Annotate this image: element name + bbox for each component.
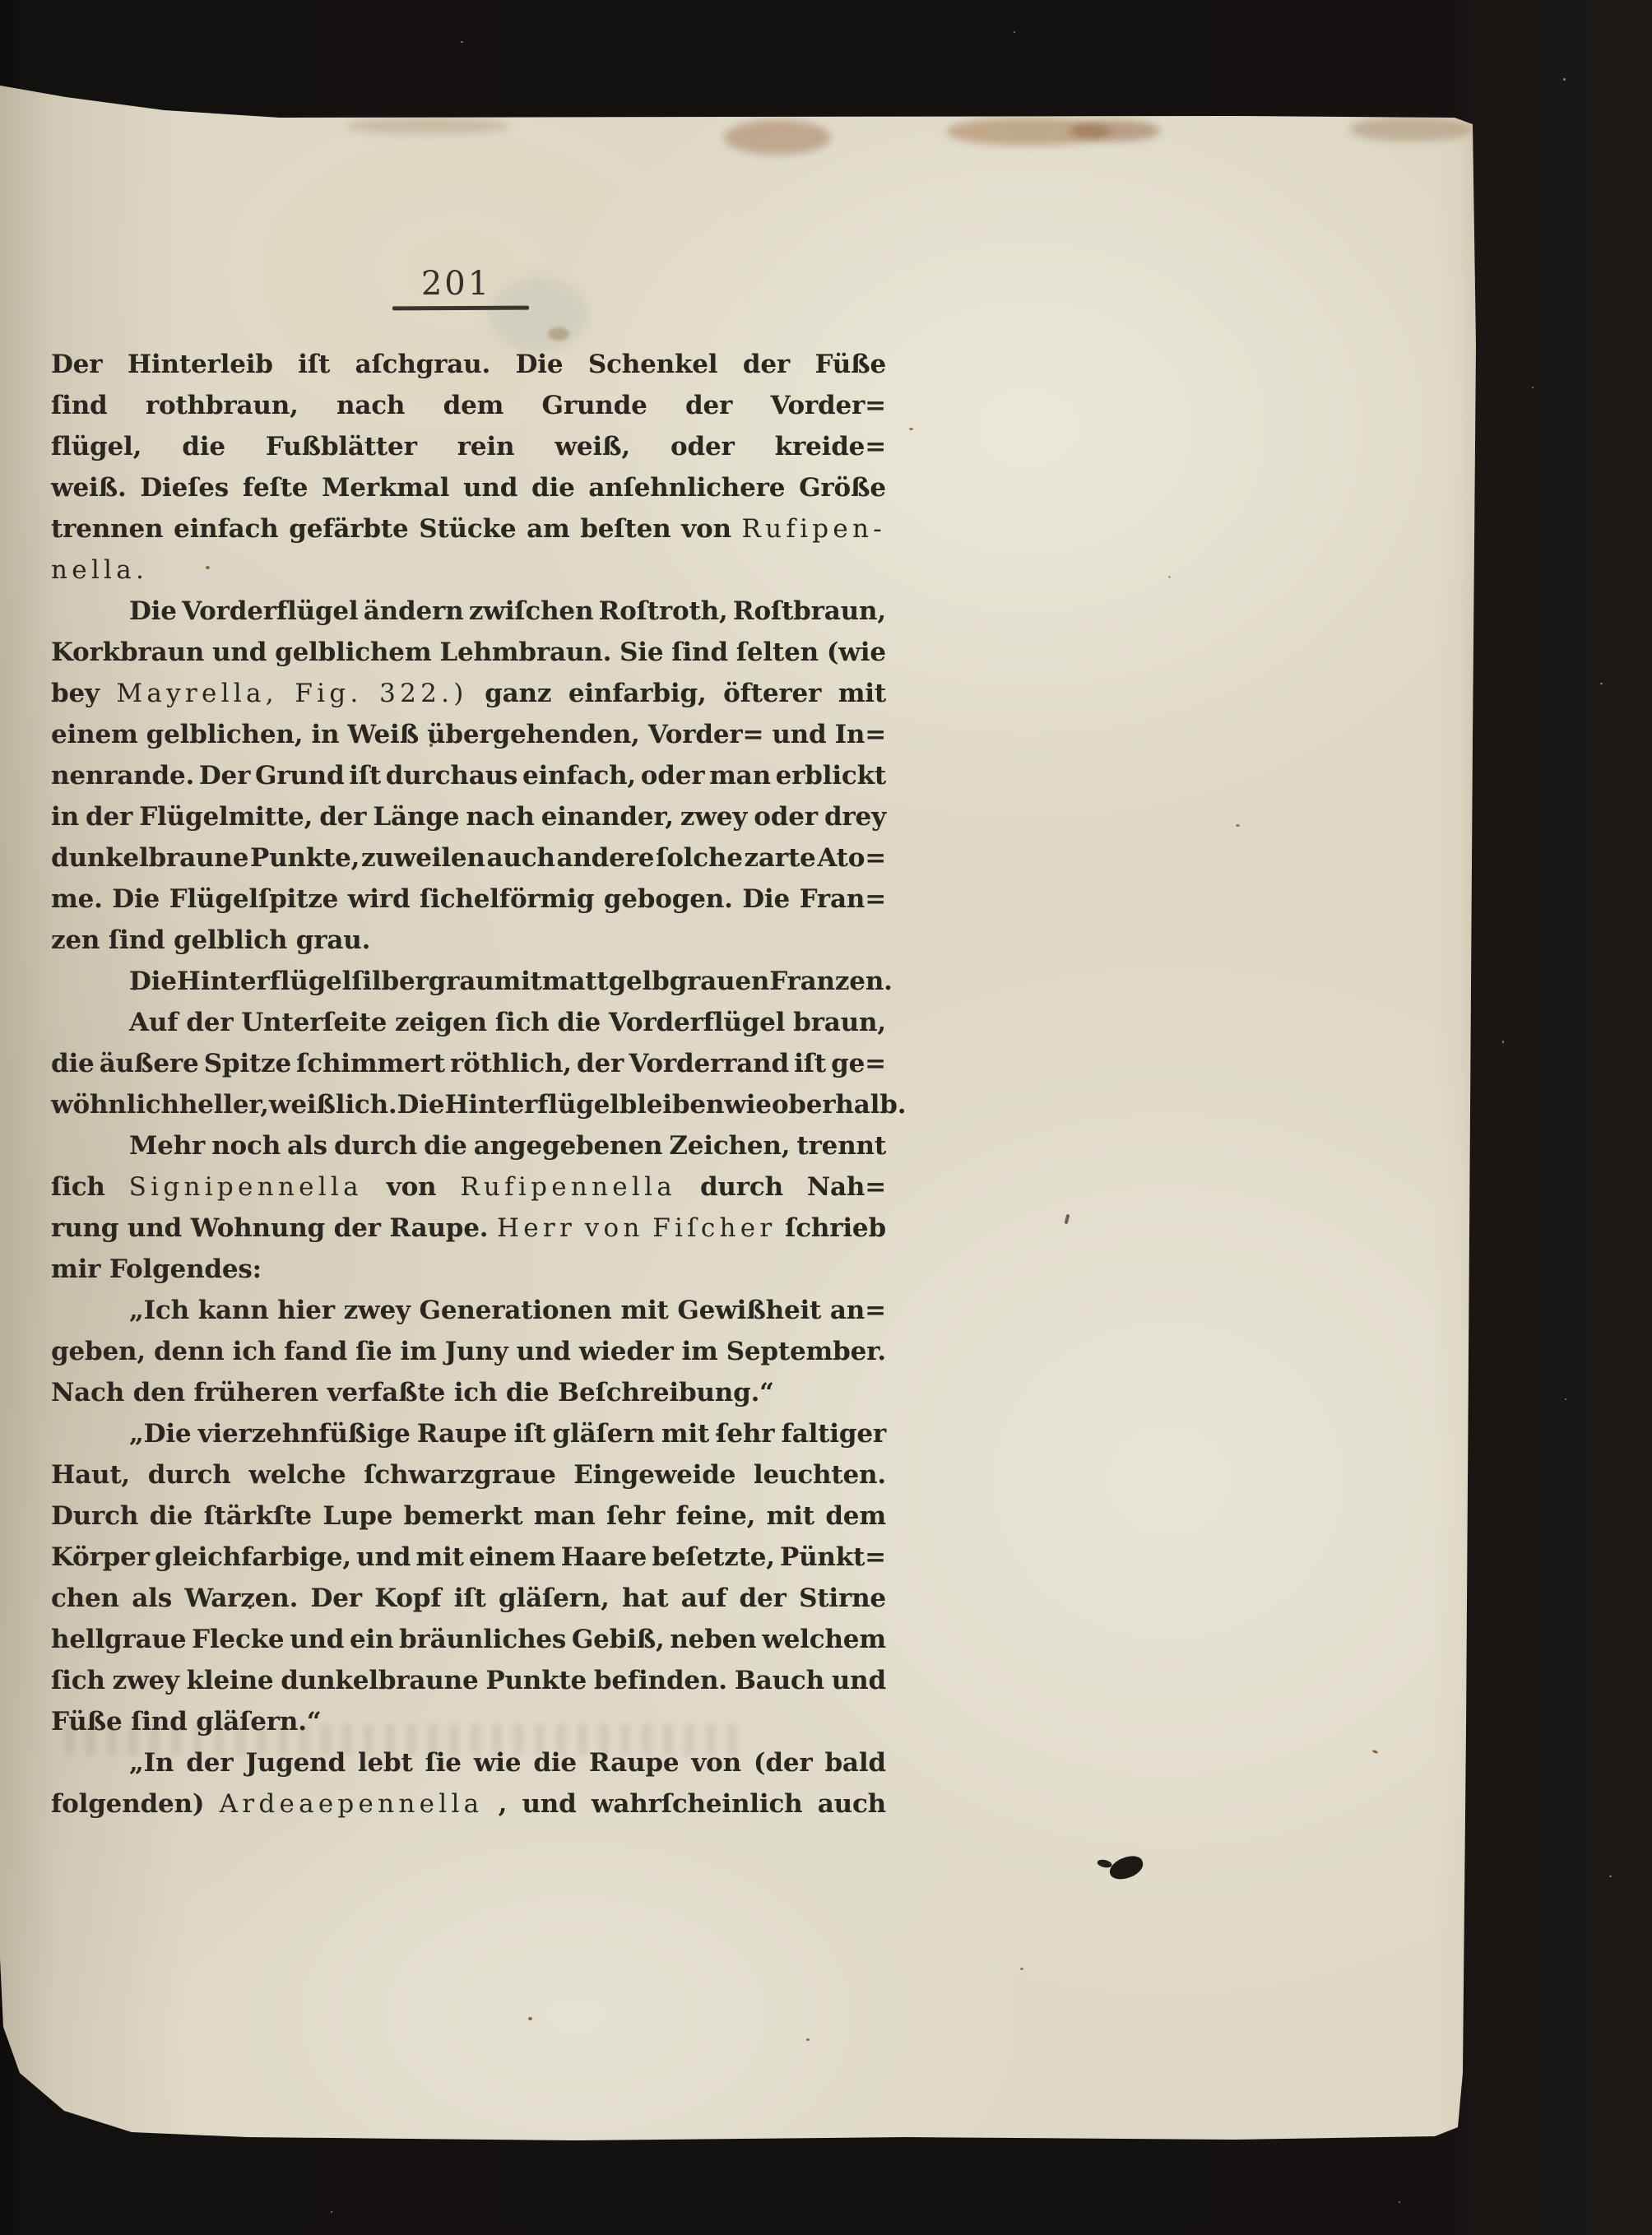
fraktur-word: Durch bbox=[51, 1495, 138, 1537]
fraktur-word: Wohnung bbox=[191, 1208, 325, 1249]
fraktur-word: Fran= bbox=[800, 879, 886, 920]
text-line: Nach den früheren verfaßte ich die Beſch… bbox=[51, 1372, 886, 1413]
text-line: geben,dennichfandſieimJunyundwiederimSep… bbox=[51, 1331, 886, 1372]
fraktur-word: Unterſeite bbox=[241, 1002, 387, 1043]
fraktur-word: Größe bbox=[799, 467, 886, 508]
fraktur-word: die bbox=[51, 1043, 95, 1084]
fraktur-word: ſie bbox=[425, 1742, 462, 1783]
fraktur-text: Nach den früheren verfaßte ich die Beſch… bbox=[51, 1378, 774, 1407]
paper-speck bbox=[528, 2017, 532, 2020]
fraktur-word: (wie bbox=[827, 632, 886, 673]
fraktur-word: iſt bbox=[794, 1043, 826, 1084]
fraktur-word: Länge bbox=[373, 796, 459, 837]
fraktur-word: lebt bbox=[358, 1742, 413, 1783]
fraktur-word: bemerkt bbox=[404, 1495, 523, 1537]
fraktur-word: flügel, bbox=[51, 426, 142, 467]
fraktur-word: Warzen. bbox=[184, 1578, 298, 1619]
fraktur-word: auch bbox=[818, 1783, 886, 1825]
fraktur-word: einfach, bbox=[522, 755, 636, 796]
fraktur-word: kann bbox=[198, 1290, 269, 1331]
text-line: inderFlügelmitte,derLängenacheinander,zw… bbox=[51, 796, 886, 837]
fraktur-word: auf bbox=[681, 1578, 726, 1619]
burn-stain bbox=[346, 118, 510, 134]
text-line: KorkbraunundgelblichemLehmbraun.Sieſindſ… bbox=[51, 632, 886, 673]
fraktur-word: nenrande. bbox=[51, 755, 194, 796]
fraktur-word: noch bbox=[211, 1125, 281, 1166]
fraktur-word: die bbox=[150, 1495, 193, 1537]
dust-speck bbox=[1399, 2201, 1400, 2203]
fraktur-word: die bbox=[531, 467, 575, 508]
fraktur-word: Auf bbox=[129, 1002, 178, 1043]
fraktur-word: gelbgrauen bbox=[609, 961, 770, 1002]
paper-speck bbox=[1168, 576, 1171, 578]
fraktur-word: ſie bbox=[355, 1331, 392, 1372]
fraktur-word: Die bbox=[397, 1084, 445, 1125]
fraktur-word: gleichfarbige, bbox=[155, 1537, 351, 1578]
fraktur-word: neben bbox=[670, 1619, 756, 1660]
text-line: ſindrothbraun,nachdemGrundederVorder= bbox=[51, 385, 886, 426]
fraktur-word: Vorder= bbox=[770, 385, 886, 426]
fraktur-word: dem bbox=[443, 385, 504, 426]
text-line: me.DieFlügelſpitzewirdſichelförmiggeboge… bbox=[51, 879, 886, 920]
fraktur-word: zwey bbox=[344, 1290, 411, 1331]
fraktur-word: gebogen. bbox=[604, 879, 733, 920]
fraktur-word: Flecke bbox=[192, 1619, 284, 1660]
text-line: MehrnochalsdurchdieangegebenenZeichen,tr… bbox=[51, 1125, 886, 1166]
fraktur-word: öfterer bbox=[723, 673, 821, 714]
text-block: DerHinterleibiſtaſchgrau.DieSchenkelderF… bbox=[51, 344, 886, 1825]
fraktur-word: Roſtbraun, bbox=[733, 591, 886, 632]
fraktur-word: die bbox=[424, 1125, 467, 1166]
fraktur-word: ſich bbox=[495, 1002, 550, 1043]
text-line: trenneneinfachgefärbteStückeambeſtenvonR… bbox=[51, 508, 886, 549]
paper-speck bbox=[1020, 1968, 1023, 1970]
fraktur-word: Sie bbox=[619, 632, 663, 673]
text-line: AufderUnterſeitezeigenſichdieVorderflüge… bbox=[51, 1002, 886, 1043]
fraktur-word: ſchwarzgraue bbox=[364, 1454, 555, 1495]
fraktur-word: geben, bbox=[51, 1331, 146, 1372]
fraktur-word: gläſern, bbox=[499, 1578, 610, 1619]
text-line: ſichSignipennellavonRufipennelladurchNah… bbox=[51, 1166, 886, 1208]
fraktur-word: gelblichen, bbox=[146, 714, 304, 755]
fraktur-word: Bauch bbox=[735, 1660, 824, 1701]
fraktur-word: chen bbox=[51, 1578, 119, 1619]
fraktur-word: fand bbox=[284, 1331, 347, 1372]
fraktur-word: Grund bbox=[255, 755, 345, 796]
fraktur-word: wird bbox=[348, 879, 411, 920]
paper-speck bbox=[909, 428, 913, 430]
fraktur-word: anſehnlichere bbox=[588, 467, 785, 508]
fraktur-word: Flügelmitte, bbox=[139, 796, 313, 837]
text-line: „IchkannhierzweyGenerationenmitGewißheit… bbox=[51, 1290, 886, 1331]
fraktur-word: äußere bbox=[100, 1043, 199, 1084]
fraktur-word: Hinterleib bbox=[128, 344, 273, 385]
fraktur-word: oder bbox=[671, 426, 735, 467]
text-line: mir Folgendes: bbox=[51, 1249, 886, 1290]
fraktur-word: erblickt bbox=[776, 755, 886, 796]
fraktur-text: mir Folgendes: bbox=[51, 1254, 262, 1284]
fraktur-word: ge= bbox=[831, 1043, 886, 1084]
fraktur-word: (der bbox=[754, 1742, 813, 1783]
fraktur-word: und bbox=[463, 467, 517, 508]
fraktur-word: man bbox=[534, 1495, 596, 1537]
fraktur-word: ein bbox=[350, 1619, 393, 1660]
fraktur-word: vierzehnfüßige bbox=[198, 1413, 411, 1454]
antiqua-word: von bbox=[585, 1208, 644, 1249]
fraktur-word: Punkte bbox=[485, 1660, 587, 1701]
fraktur-word: zeigen bbox=[395, 1002, 487, 1043]
fraktur-word: Die bbox=[516, 344, 564, 385]
fraktur-word: welchem bbox=[762, 1619, 886, 1660]
fraktur-word: und bbox=[290, 1619, 344, 1660]
fraktur-word: rothbraun, bbox=[146, 385, 299, 426]
fraktur-word: wie bbox=[724, 1084, 772, 1125]
text-line: dieäußereSpitzeſchimmertröthlich,derVord… bbox=[51, 1043, 886, 1084]
fraktur-word: weiß. bbox=[51, 467, 127, 508]
fraktur-word: Lehmbraun. bbox=[439, 632, 611, 673]
fraktur-word: und bbox=[356, 1537, 411, 1578]
fraktur-word: auch bbox=[486, 837, 555, 879]
paper-speck bbox=[1372, 1750, 1379, 1754]
fraktur-word: mit bbox=[620, 1290, 668, 1331]
fraktur-word: nach bbox=[466, 796, 534, 837]
fraktur-word: Raupe bbox=[589, 1742, 680, 1783]
fraktur-word: nach bbox=[336, 385, 405, 426]
fraktur-word: Füße bbox=[814, 344, 885, 385]
fraktur-word: mit bbox=[494, 961, 541, 1002]
fraktur-word: Eingeweide bbox=[573, 1454, 736, 1495]
text-line: DurchdieſtärkſteLupebemerktmanſehrfeine,… bbox=[51, 1495, 886, 1537]
fraktur-word: beſetzte, bbox=[652, 1537, 774, 1578]
fraktur-word: und bbox=[832, 1660, 886, 1701]
fraktur-text: Füße ſind gläſern.“ bbox=[51, 1707, 321, 1737]
fraktur-word: die bbox=[182, 426, 225, 467]
text-line: „DievierzehnfüßigeRaupeiſtgläſernmitſehr… bbox=[51, 1413, 886, 1454]
fraktur-word: „Ich bbox=[129, 1290, 189, 1331]
fraktur-word: als bbox=[132, 1578, 172, 1619]
fraktur-word: die bbox=[557, 1002, 601, 1043]
fraktur-word: me. bbox=[51, 879, 103, 920]
fraktur-word: Ato= bbox=[817, 837, 886, 879]
text-line: „InderJugendlebtſiewiedieRaupevon(derbal… bbox=[51, 1742, 886, 1783]
page-number-underline bbox=[392, 306, 529, 311]
fraktur-word: ſind bbox=[51, 385, 108, 426]
fraktur-word: der bbox=[743, 344, 790, 385]
fraktur-word: einander, bbox=[541, 796, 674, 837]
fraktur-word: wie bbox=[474, 1742, 522, 1783]
fraktur-word: zuweilen bbox=[361, 837, 485, 879]
fraktur-word: weiß, bbox=[555, 426, 630, 467]
dust-speck bbox=[461, 41, 463, 43]
fraktur-word: ſichelförmig bbox=[420, 879, 594, 920]
fraktur-word: ſchimmert bbox=[296, 1043, 445, 1084]
paper-speck bbox=[1236, 824, 1240, 827]
fraktur-word: Fußblätter bbox=[266, 426, 417, 467]
fraktur-word: ändern bbox=[364, 591, 464, 632]
fraktur-word: Die bbox=[742, 879, 790, 920]
fraktur-word: Korkbraun bbox=[51, 632, 204, 673]
text-line: DieVorderflügeländernzwiſchenRoſtroth,Ro… bbox=[51, 591, 886, 632]
fraktur-word: von bbox=[387, 1166, 437, 1208]
fraktur-word: Hinterflügel bbox=[444, 1084, 619, 1125]
fraktur-word: befinden. bbox=[594, 1660, 727, 1701]
fraktur-word: ſchrieb bbox=[785, 1208, 886, 1249]
fraktur-word: trennen bbox=[51, 508, 163, 549]
fraktur-word: zwey bbox=[113, 1660, 179, 1701]
ink-blot-mark bbox=[1107, 1853, 1145, 1883]
fraktur-word: Weiß bbox=[347, 714, 419, 755]
fraktur-word: denn bbox=[154, 1331, 225, 1372]
fraktur-word: September. bbox=[726, 1331, 886, 1372]
page-number: 201 bbox=[51, 265, 861, 303]
fraktur-word: Schenkel bbox=[588, 344, 717, 385]
fraktur-word: matt bbox=[542, 961, 609, 1002]
fraktur-word: folgenden) bbox=[51, 1783, 204, 1825]
fraktur-word: Pünkt= bbox=[780, 1537, 886, 1578]
antiqua-word: Rufipen- bbox=[742, 508, 886, 549]
fraktur-word: Der bbox=[311, 1578, 362, 1619]
fraktur-word: Stirne bbox=[799, 1578, 886, 1619]
text-line: hellgraueFleckeundeinbräunlichesGebiß,ne… bbox=[51, 1619, 886, 1660]
text-line: nenrande.DerGrundiſtdurchauseinfach,oder… bbox=[51, 755, 886, 796]
fraktur-word: ſich bbox=[51, 1660, 105, 1701]
fraktur-word: feſte bbox=[243, 467, 308, 508]
fraktur-word: kleine bbox=[187, 1660, 274, 1701]
fraktur-word: Der bbox=[199, 755, 250, 796]
antiqua-text: nella. bbox=[51, 555, 148, 585]
burn-stain bbox=[1349, 117, 1473, 141]
fraktur-word: Punkte, bbox=[250, 837, 360, 879]
fraktur-word: übergehenden, bbox=[427, 714, 640, 755]
fraktur-word: ſehr bbox=[716, 1413, 774, 1454]
text-line: nella. bbox=[51, 549, 886, 591]
fraktur-word: wieder bbox=[579, 1331, 674, 1372]
text-line: Füße ſind gläſern.“ bbox=[51, 1701, 886, 1742]
dust-speck bbox=[1014, 31, 1015, 33]
fraktur-word: feine, bbox=[676, 1495, 756, 1537]
fraktur-word: , bbox=[499, 1783, 508, 1825]
fraktur-word: iſt bbox=[298, 344, 330, 385]
text-line: zen ſind gelblich grau. bbox=[51, 920, 886, 961]
fraktur-word: und bbox=[772, 714, 826, 755]
dust-speck bbox=[1609, 1876, 1612, 1877]
fraktur-word: trennt bbox=[796, 1125, 886, 1166]
stray-ink-mark bbox=[1065, 1214, 1070, 1225]
fraktur-word: Raupe bbox=[417, 1413, 508, 1454]
fraktur-word: der bbox=[685, 385, 732, 426]
fraktur-word: gelblichem bbox=[275, 632, 431, 673]
fraktur-word: Nah= bbox=[807, 1166, 886, 1208]
fraktur-word: durch bbox=[700, 1166, 783, 1208]
fraktur-word: Haare bbox=[561, 1537, 647, 1578]
fraktur-word: Spitze bbox=[204, 1043, 291, 1084]
fraktur-text: zen ſind gelblich grau. bbox=[51, 925, 370, 955]
antiqua-word: 322.) bbox=[379, 673, 467, 714]
antiqua-word: Mayrella, bbox=[116, 673, 278, 714]
fraktur-word: durchaus bbox=[386, 755, 517, 796]
fraktur-word: aſchgrau. bbox=[355, 344, 490, 385]
fraktur-word: „In bbox=[129, 1742, 174, 1783]
fraktur-word: Die bbox=[112, 879, 160, 920]
burn-stain bbox=[1070, 120, 1160, 141]
antiqua-word: Herr bbox=[497, 1208, 576, 1249]
fraktur-word: in bbox=[51, 796, 79, 837]
dust-speck bbox=[1502, 1041, 1504, 1043]
fraktur-word: Der bbox=[51, 344, 102, 385]
burn-stain bbox=[724, 120, 831, 155]
fraktur-word: Die bbox=[129, 961, 177, 1002]
fraktur-word: hat bbox=[622, 1578, 668, 1619]
fraktur-word: ſind bbox=[671, 632, 728, 673]
fraktur-word: dunkelbraune bbox=[281, 1660, 478, 1701]
fraktur-word: ſich bbox=[51, 1166, 105, 1208]
fraktur-word: oberhalb. bbox=[772, 1084, 906, 1125]
fraktur-word: der bbox=[86, 796, 132, 837]
text-line: folgenden)Ardeaepennella,undwahrſcheinli… bbox=[51, 1783, 886, 1825]
fraktur-word: ich bbox=[233, 1331, 276, 1372]
dust-speck bbox=[1600, 683, 1603, 684]
fraktur-word: Raupe. bbox=[389, 1208, 488, 1249]
fraktur-word: hellgraue bbox=[51, 1619, 186, 1660]
smudge-stain bbox=[548, 327, 569, 341]
text-line: wöhnlichheller,weißlich.DieHinterflügelb… bbox=[51, 1084, 886, 1125]
fraktur-word: der bbox=[319, 796, 366, 837]
fraktur-word: von bbox=[691, 1742, 741, 1783]
fraktur-word: hier bbox=[277, 1290, 335, 1331]
fraktur-word: bleiben bbox=[619, 1084, 725, 1125]
fraktur-word: Generationen bbox=[420, 1290, 612, 1331]
fraktur-word: der bbox=[334, 1208, 381, 1249]
dust-speck bbox=[1565, 1398, 1566, 1400]
fraktur-word: Hinterflügel bbox=[177, 961, 351, 1002]
fraktur-word: im bbox=[400, 1331, 436, 1372]
fraktur-word: einem bbox=[51, 714, 138, 755]
fraktur-word: oder bbox=[641, 755, 705, 796]
fraktur-word: ſilbergrau bbox=[351, 961, 494, 1002]
fraktur-word: heller, bbox=[179, 1084, 269, 1125]
fraktur-word: Körper bbox=[51, 1537, 150, 1578]
fraktur-word: Zeichen, bbox=[669, 1125, 790, 1166]
fraktur-word: braun, bbox=[793, 1002, 886, 1043]
fraktur-word: der bbox=[577, 1043, 624, 1084]
fraktur-word: einfarbig, bbox=[568, 673, 707, 714]
antiqua-word: Rufipennella bbox=[460, 1166, 676, 1208]
fraktur-word: einem bbox=[469, 1537, 556, 1578]
fraktur-word: der bbox=[740, 1578, 787, 1619]
fraktur-word: rung bbox=[51, 1208, 118, 1249]
fraktur-word: bräunliches bbox=[399, 1619, 566, 1660]
text-line: einemgelblichen,inWeißübergehenden,Vorde… bbox=[51, 714, 886, 755]
fraktur-word: bald bbox=[824, 1742, 885, 1783]
dust-speck bbox=[1563, 78, 1566, 81]
fraktur-word: ſehr bbox=[606, 1495, 665, 1537]
text-line: DieHinterflügelſilbergraumitmattgelbgrau… bbox=[51, 961, 886, 1002]
fraktur-word: Die bbox=[129, 591, 177, 632]
fraktur-word: Franzen. bbox=[769, 961, 892, 1002]
fraktur-word: als bbox=[287, 1125, 327, 1166]
fraktur-word: und bbox=[128, 1208, 182, 1249]
text-line: beyMayrella,Fig.322.)ganzeinfarbig,öfter… bbox=[51, 673, 886, 714]
fraktur-word: und bbox=[522, 1783, 576, 1825]
fraktur-word: wöhnlich bbox=[51, 1084, 179, 1125]
fraktur-word: ganz bbox=[485, 673, 551, 714]
fraktur-word: kreide= bbox=[775, 426, 886, 467]
fraktur-word: angegebenen bbox=[474, 1125, 662, 1166]
fraktur-word: ſelten bbox=[736, 632, 819, 673]
fraktur-word: Gewißheit bbox=[677, 1290, 821, 1331]
fraktur-word: faltiger bbox=[782, 1413, 886, 1454]
fraktur-word: Vorderflügel bbox=[182, 591, 358, 632]
text-line: chenalsWarzen.DerKopfiſtgläſern,hataufde… bbox=[51, 1578, 886, 1619]
fraktur-word: dem bbox=[825, 1495, 886, 1537]
fraktur-word: Merkmal bbox=[322, 467, 449, 508]
fraktur-word: am bbox=[527, 508, 570, 549]
fraktur-word: mit bbox=[838, 673, 886, 714]
fraktur-word: der bbox=[186, 1742, 233, 1783]
fraktur-word: Haut, bbox=[51, 1454, 130, 1495]
fraktur-word: iſt bbox=[349, 755, 381, 796]
fraktur-word: zarte bbox=[745, 837, 816, 879]
fraktur-word: Gebiß, bbox=[572, 1619, 665, 1660]
fraktur-word: an= bbox=[830, 1290, 886, 1331]
antiqua-word: Fiſcher bbox=[652, 1208, 776, 1249]
fraktur-word: Lupe bbox=[323, 1495, 392, 1537]
fraktur-word: oder bbox=[754, 796, 818, 837]
antiqua-word: Signipennella bbox=[129, 1166, 363, 1208]
fraktur-word: der bbox=[186, 1002, 233, 1043]
fraktur-word: von bbox=[681, 508, 731, 549]
fraktur-word: Roſtroth, bbox=[599, 591, 728, 632]
fraktur-word: durch bbox=[334, 1125, 417, 1166]
antiqua-word: Fig. bbox=[295, 673, 362, 714]
paper-sheet: 201 DerHinterleibiſtaſchgrau.DieSchenkel… bbox=[0, 0, 1481, 2235]
antiqua-word: Ardeaepennella bbox=[220, 1783, 484, 1825]
fraktur-word: welche bbox=[248, 1454, 346, 1495]
fraktur-word: und bbox=[212, 632, 267, 673]
fraktur-word: einfach bbox=[174, 508, 278, 549]
fraktur-word: drey bbox=[824, 796, 886, 837]
text-line: rungundWohnungderRaupe.HerrvonFiſcherſch… bbox=[51, 1208, 886, 1249]
fraktur-word: zwey bbox=[680, 796, 747, 837]
fraktur-word: mit bbox=[767, 1495, 814, 1537]
text-line: weiß.DieſesfeſteMerkmalunddieanſehnliche… bbox=[51, 467, 886, 508]
fraktur-word: ſtärkſte bbox=[204, 1495, 312, 1537]
dust-speck bbox=[1532, 387, 1534, 388]
dust-speck bbox=[331, 2211, 332, 2213]
text-line: dunkelbraunePunkte,zuweilenauchandereſol… bbox=[51, 837, 886, 879]
fraktur-word: die bbox=[533, 1742, 577, 1783]
scanned-book-page: 201 DerHinterleibiſtaſchgrau.DieSchenkel… bbox=[0, 0, 1652, 2235]
fraktur-word: Vorderrand bbox=[629, 1043, 789, 1084]
fraktur-word: rein bbox=[457, 426, 515, 467]
fraktur-word: durch bbox=[148, 1454, 231, 1495]
fraktur-word: in bbox=[311, 714, 339, 755]
fraktur-word: „Die bbox=[129, 1413, 191, 1454]
fraktur-word: weißlich. bbox=[269, 1084, 397, 1125]
fraktur-word: wahrſcheinlich bbox=[592, 1783, 803, 1825]
fraktur-word: iſt bbox=[454, 1578, 486, 1619]
fraktur-word: gläſern bbox=[553, 1413, 655, 1454]
fraktur-word: bey bbox=[51, 673, 100, 714]
fraktur-word: Kopf bbox=[374, 1578, 441, 1619]
fraktur-word: Mehr bbox=[129, 1125, 205, 1166]
fraktur-word: beſten bbox=[580, 508, 671, 549]
fraktur-word: dunkelbraune bbox=[51, 837, 248, 879]
fraktur-word: Flügelſpitze bbox=[169, 879, 339, 920]
fraktur-word: Stücke bbox=[419, 508, 516, 549]
fraktur-word: Jugend bbox=[245, 1742, 346, 1783]
fraktur-word: und bbox=[517, 1331, 571, 1372]
